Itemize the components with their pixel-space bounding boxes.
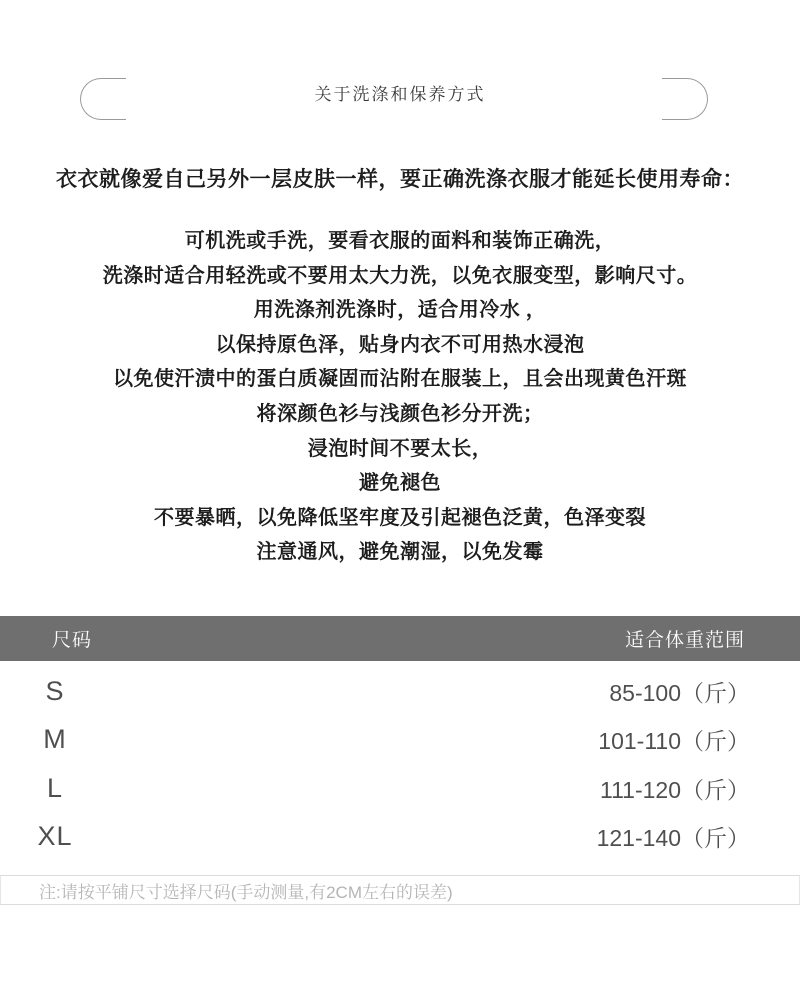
size-value: XL xyxy=(0,821,110,852)
table-row: M 101-110（斤） xyxy=(0,712,800,761)
care-line: 以免使汗渍中的蛋白质凝固而沾附在服装上，且会出现黄色汗斑 xyxy=(0,362,800,397)
care-line: 将深颜色衫与浅颜色衫分开洗； xyxy=(0,397,800,432)
right-bracket-decoration xyxy=(662,78,708,120)
measurement-note-box: 注:请按平铺尺寸选择尺码(手动测量,有2CM左右的误差) xyxy=(0,875,800,905)
size-table-header: 尺码 适合体重范围 xyxy=(0,616,800,661)
care-instructions: 可机洗或手洗，要看衣服的面料和装饰正确洗， 洗涤时适合用轻洗或不要用太大力洗，以… xyxy=(0,224,800,570)
weight-range-value: 85-100（斤） xyxy=(110,675,800,708)
size-value: S xyxy=(0,676,110,707)
weight-range-value: 121-140（斤） xyxy=(110,820,800,853)
weight-range-value: 101-110（斤） xyxy=(110,723,800,756)
care-line: 浸泡时间不要太长， xyxy=(0,432,800,467)
size-value: L xyxy=(0,773,110,804)
size-value: M xyxy=(0,724,110,755)
care-line: 避免褪色 xyxy=(0,466,800,501)
table-row: XL 121-140（斤） xyxy=(0,809,800,858)
table-row: L 111-120（斤） xyxy=(0,760,800,809)
section-header: 关于洗涤和保养方式 xyxy=(0,0,800,130)
size-table-body: S 85-100（斤） M 101-110（斤） L 111-120（斤） XL… xyxy=(0,663,800,857)
table-row: S 85-100（斤） xyxy=(0,663,800,712)
measurement-note: 注:请按平铺尺寸选择尺码(手动测量,有2CM左右的误差) xyxy=(39,878,453,903)
care-line: 注意通风，避免潮湿，以免发霉 xyxy=(0,535,800,570)
weight-range-value: 111-120（斤） xyxy=(110,772,800,805)
care-line: 洗涤时适合用轻洗或不要用太大力洗，以免衣服变型，影响尺寸。 xyxy=(0,259,800,294)
care-intro-text: 衣衣就像爱自己另外一层皮肤一样，要正确洗涤衣服才能延长使用寿命： xyxy=(0,163,800,193)
weight-column-header: 适合体重范围 xyxy=(625,625,745,652)
care-line: 可机洗或手洗，要看衣服的面料和装饰正确洗， xyxy=(0,224,800,259)
care-line: 用洗涤剂洗涤时，适合用冷水 ， xyxy=(0,293,800,328)
care-line: 以保持原色泽，贴身内衣不可用热水浸泡 xyxy=(0,328,800,363)
care-line: 不要暴晒，以免降低坚牢度及引起褪色泛黄，色泽变裂 xyxy=(0,501,800,536)
size-column-header: 尺码 xyxy=(52,625,92,652)
